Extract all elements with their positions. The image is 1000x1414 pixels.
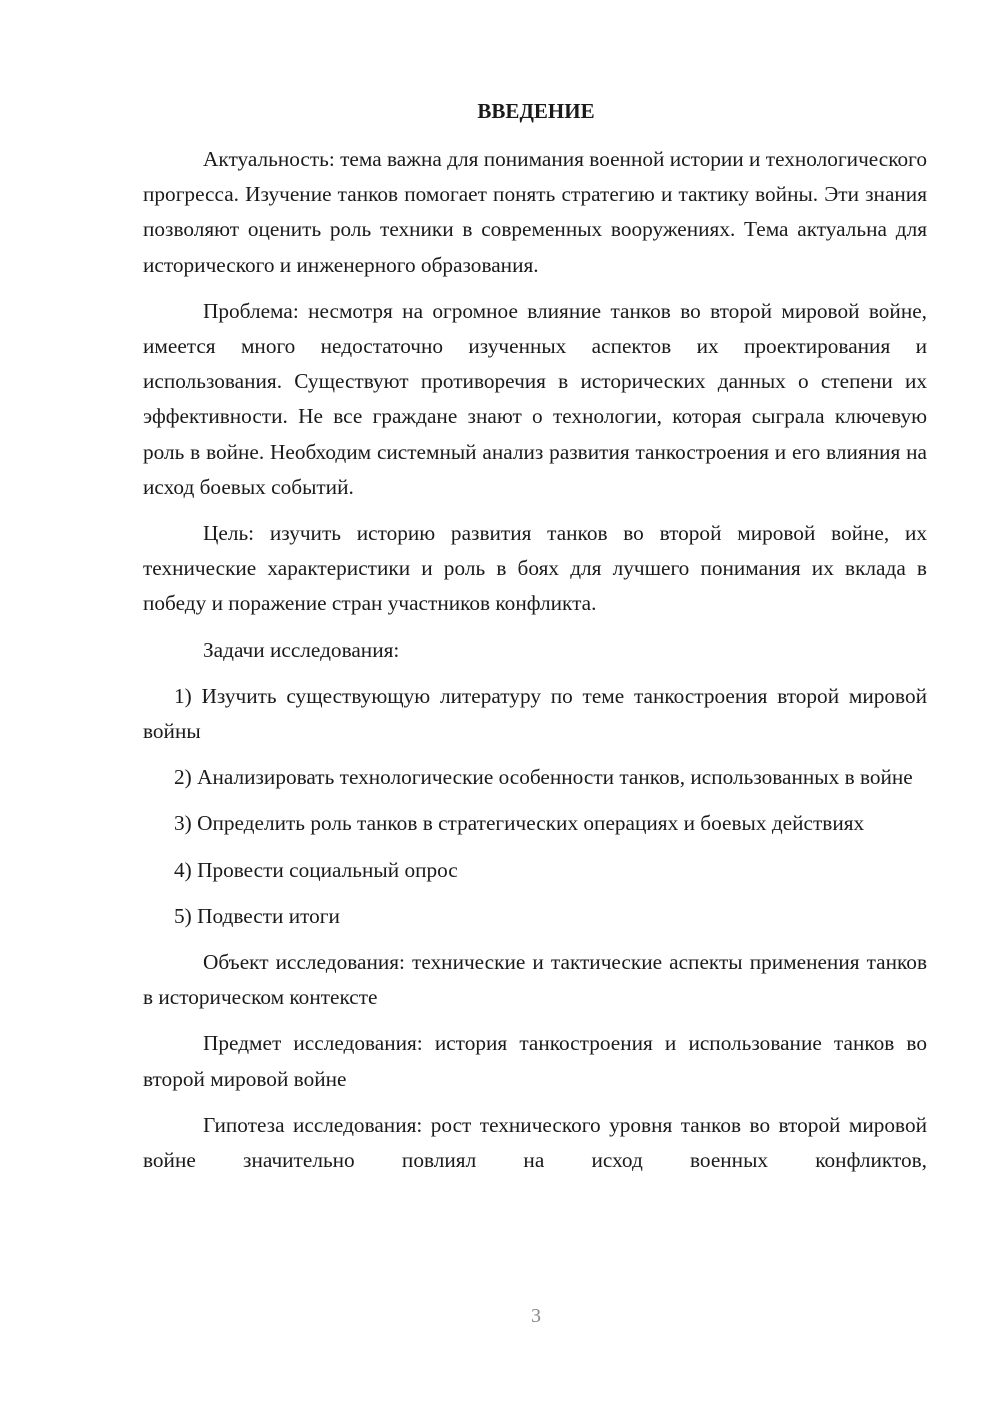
- task-item: 3) Определить роль танков в стратегическ…: [143, 806, 927, 841]
- paragraph-hypothesis: Гипотеза исследования: рост технического…: [143, 1108, 927, 1178]
- paragraph-relevance: Актуальность: тема важна для понимания в…: [143, 142, 927, 283]
- page-number: 3: [0, 1305, 1000, 1328]
- paragraph-goal: Цель: изучить историю развития танков во…: [143, 516, 927, 622]
- document-page: ВВЕДЕНИЕ Актуальность: тема важна для по…: [143, 94, 927, 1189]
- paragraph-object: Объект исследования: технические и такти…: [143, 945, 927, 1015]
- task-item: 4) Провести социальный опрос: [143, 853, 927, 888]
- paragraph-problem: Проблема: несмотря на огромное влияние т…: [143, 294, 927, 505]
- paragraph-subject: Предмет исследования: история танкострое…: [143, 1026, 927, 1096]
- task-item: 5) Подвести итоги: [143, 899, 927, 934]
- task-item: 1) Изучить существующую литературу по те…: [143, 679, 927, 749]
- tasks-title: Задачи исследования:: [143, 633, 927, 668]
- task-item: 2) Анализировать технологические особенн…: [143, 760, 927, 795]
- tasks-list: 1) Изучить существующую литературу по те…: [143, 679, 927, 934]
- section-heading: ВВЕДЕНИЕ: [145, 94, 927, 129]
